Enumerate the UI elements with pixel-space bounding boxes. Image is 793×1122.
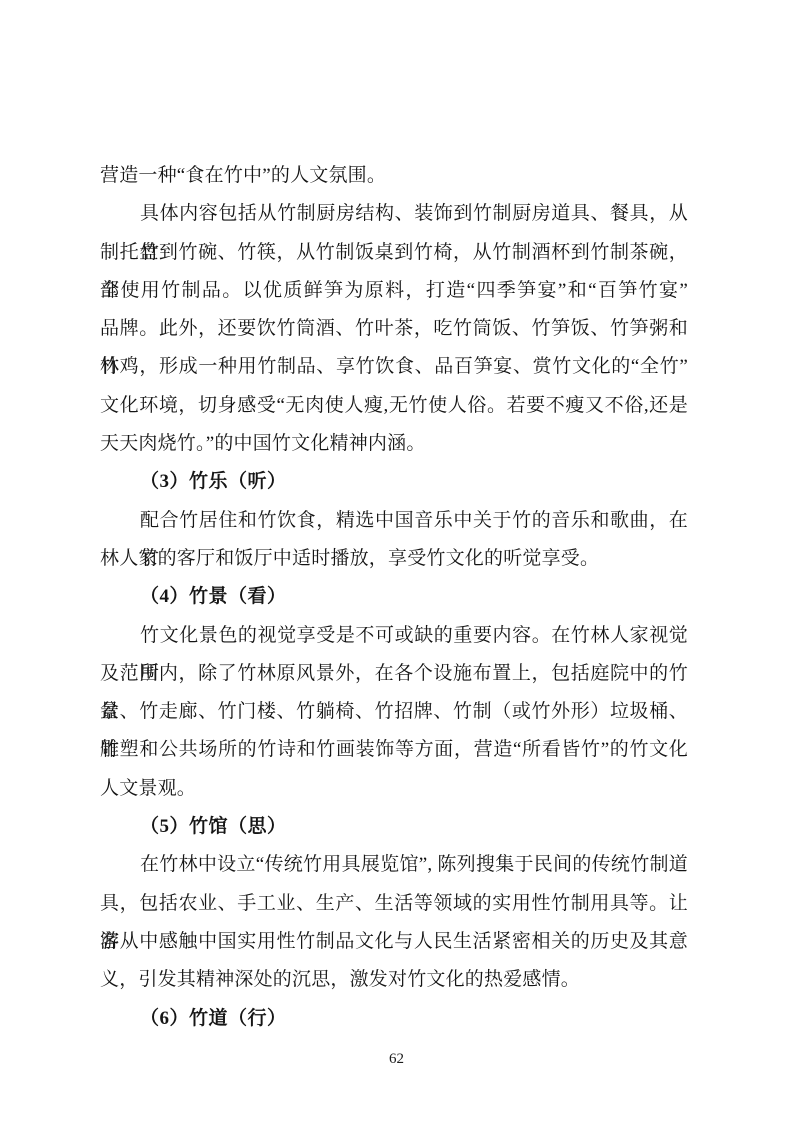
text-line: 具体内容包括从竹制厨房结构、装饰到竹制厨房道具、餐具，从竹 — [100, 195, 688, 233]
document-page: 营造一种“食在竹中”的人文氛围。具体内容包括从竹制厨房结构、装饰到竹制厨房道具、… — [0, 0, 793, 1122]
text-line: 品牌。此外，还要饮竹筒酒、竹叶茶，吃竹筒饭、竹笋饭、竹笋粥和竹 — [100, 310, 688, 348]
text-line: 林鸡，形成一种用竹制品、享竹饮食、品百笋宴、赏竹文化的“全竹” — [100, 348, 688, 386]
text-line: 具，包括农业、手工业、生产、生活等领域的实用性竹制用具等。让游 — [100, 885, 688, 923]
text-line: 雕塑和公共场所的竹诗和竹画装饰等方面，营造“所看皆竹”的竹文化 — [100, 731, 688, 769]
section-heading: （4）竹景（看） — [100, 578, 688, 616]
text-line: 客从中感触中国实用性竹制品文化与人民生活紧密相关的历史及其意 — [100, 923, 688, 961]
text-line: 人文景观。 — [100, 770, 688, 808]
text-line: 义，引发其精神深处的沉思，激发对竹文化的热爱感情。 — [100, 961, 688, 999]
text-line: 竹文化景色的视觉享受是不可或缺的重要内容。在竹林人家视觉所 — [100, 617, 688, 655]
document-body: 营造一种“食在竹中”的人文氛围。具体内容包括从竹制厨房结构、装饰到竹制厨房道具、… — [100, 157, 688, 1038]
text-line: 及范围内，除了竹林原风景外，在各个设施布置上，包括庭院中的竹盆 — [100, 655, 688, 693]
section-heading: （5）竹馆（思） — [100, 808, 688, 846]
text-line: 配合竹居住和竹饮食，精选中国音乐中关于竹的音乐和歌曲，在竹 — [100, 502, 688, 540]
text-line: 部使用竹制品。以优质鲜笋为原料，打造“四季笋宴”和“百笋竹宴” — [100, 272, 688, 310]
section-heading: （3）竹乐（听） — [100, 463, 688, 501]
text-line: 在竹林中设立“传统竹用具展览馆”, 陈列搜集于民间的传统竹制道 — [100, 846, 688, 884]
text-line: 林人家的客厅和饭厅中适时播放，享受竹文化的听觉享受。 — [100, 540, 688, 578]
text-line: 文化环境，切身感受“无肉使人瘦,无竹使人俗。若要不瘦又不俗,还是 — [100, 387, 688, 425]
text-line: 制托盘到竹碗、竹筷，从竹制饭桌到竹椅，从竹制酒杯到竹制茶碗，全 — [100, 234, 688, 272]
section-heading: （6）竹道（行） — [100, 1000, 688, 1038]
page-number: 62 — [0, 1051, 793, 1068]
text-line: 营造一种“食在竹中”的人文氛围。 — [100, 157, 688, 195]
text-line: 天天肉烧竹。”的中国竹文化精神内涵。 — [100, 425, 688, 463]
text-line: 景、竹走廊、竹门楼、竹躺椅、竹招牌、竹制（或竹外形）垃圾桶、竹 — [100, 693, 688, 731]
